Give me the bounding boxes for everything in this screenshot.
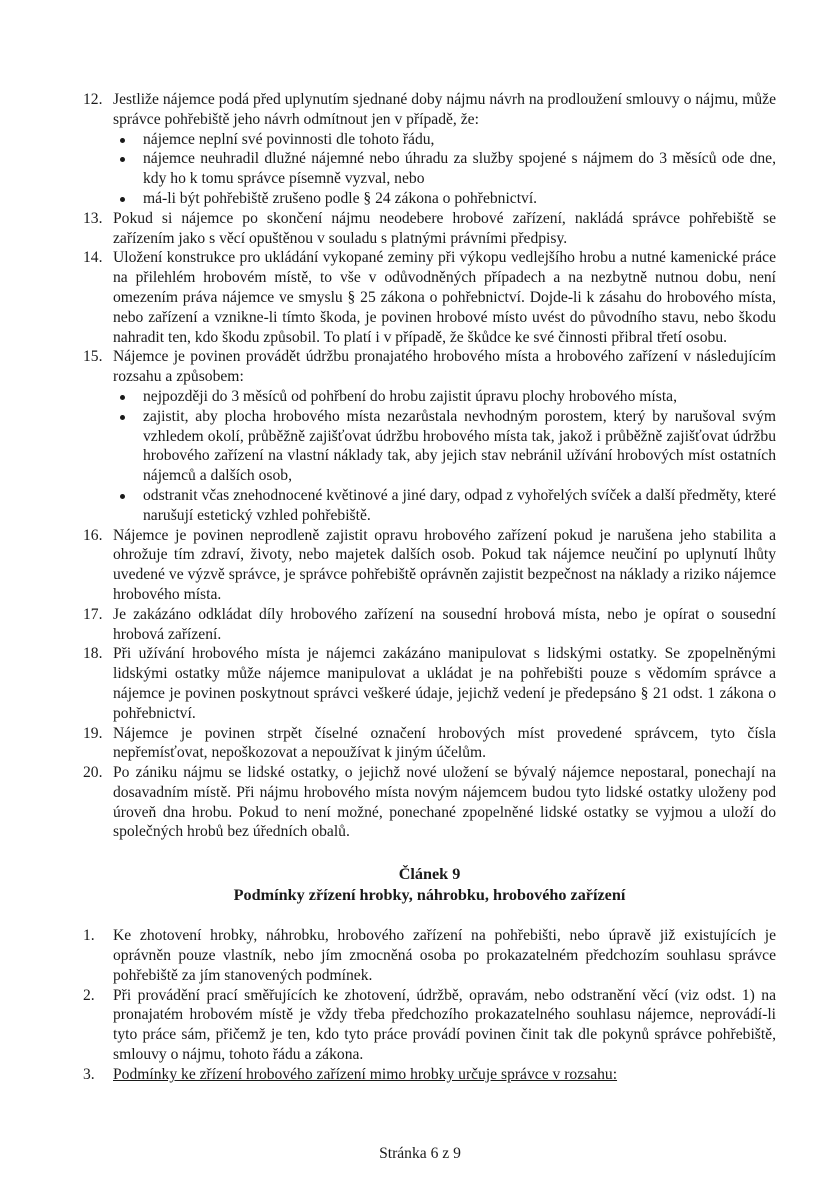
paragraph-number: 2.	[83, 986, 95, 1006]
paragraph-17: 17. Je zakázáno odkládat díly hrobového …	[83, 605, 776, 645]
paragraph-20: 20. Po zániku nájmu se lidské ostatky, o…	[83, 763, 776, 842]
bullet-item: má-li být pohřebiště zrušeno podle § 24 …	[113, 189, 776, 209]
paragraph-text: Nájemce je povinen provádět údržbu prona…	[113, 348, 776, 385]
document-page: 12. Jestliže nájemce podá před uplynutím…	[0, 0, 840, 1188]
paragraph-text: Pokud si nájemce po skončení nájmu neode…	[113, 210, 776, 247]
article9-paragraph-1: 1. Ke zhotovení hrobky, náhrobku, hrobov…	[83, 926, 776, 985]
paragraph-14: 14. Uložení konstrukce pro ukládání vyko…	[83, 248, 776, 347]
bullet-item: nejpozději do 3 měsíců od pohřbení do hr…	[113, 387, 776, 407]
paragraph-number: 20.	[83, 763, 103, 783]
paragraph-number: 3.	[83, 1065, 95, 1085]
paragraph-number: 1.	[83, 926, 95, 946]
paragraph-19: 19. Nájemce je povinen strpět číselné oz…	[83, 724, 776, 764]
paragraph-text-underlined: Podmínky ke zřízení hrobového zařízení m…	[113, 1066, 617, 1083]
paragraph-13: 13. Pokud si nájemce po skončení nájmu n…	[83, 209, 776, 249]
article9-paragraph-3: 3. Podmínky ke zřízení hrobového zařízen…	[83, 1065, 776, 1085]
paragraph-number: 15.	[83, 347, 103, 367]
paragraph-text: Ke zhotovení hrobky, náhrobku, hrobového…	[113, 927, 776, 984]
paragraph-text: Při provádění prací směřujících ke zhoto…	[113, 987, 776, 1063]
article-subtitle: Podmínky zřízení hrobky, náhrobku, hrobo…	[83, 885, 776, 906]
page-number-footer: Stránka 6 z 9	[0, 1145, 840, 1163]
document-body: 12. Jestliže nájemce podá před uplynutím…	[83, 90, 776, 1085]
paragraph-text: Je zakázáno odkládat díly hrobového zaří…	[113, 606, 776, 643]
bullet-item: nájemce neuhradil dlužné nájemné nebo úh…	[113, 149, 776, 189]
bullet-item: odstranit včas znehodnocené květinové a …	[113, 486, 776, 526]
paragraph-number: 18.	[83, 644, 103, 664]
bullet-item: zajistit, aby plocha hrobového místa nez…	[113, 407, 776, 486]
paragraph-number: 17.	[83, 605, 103, 625]
paragraph-18: 18. Při užívání hrobového místa je nájem…	[83, 644, 776, 723]
bullet-list: nejpozději do 3 měsíců od pohřbení do hr…	[113, 387, 776, 526]
paragraph-text: Při užívání hrobového místa je nájemci z…	[113, 645, 776, 721]
article9-paragraph-2: 2. Při provádění prací směřujících ke zh…	[83, 986, 776, 1065]
paragraph-text: Po zániku nájmu se lidské ostatky, o jej…	[113, 764, 776, 840]
paragraph-number: 19.	[83, 724, 103, 744]
paragraph-text: Uložení konstrukce pro ukládání vykopané…	[113, 249, 776, 345]
paragraph-text: Jestliže nájemce podá před uplynutím sje…	[113, 91, 776, 128]
paragraph-number: 12.	[83, 90, 103, 110]
paragraph-15: 15. Nájemce je povinen provádět údržbu p…	[83, 347, 776, 525]
bullet-item: nájemce neplní své povinnosti dle tohoto…	[113, 130, 776, 150]
paragraph-number: 14.	[83, 248, 103, 268]
article-heading-block: Článek 9 Podmínky zřízení hrobky, náhrob…	[83, 864, 776, 906]
paragraph-16: 16. Nájemce je povinen neprodleně zajist…	[83, 526, 776, 605]
paragraph-text: Nájemce je povinen strpět číselné označe…	[113, 725, 776, 762]
bullet-list: nájemce neplní své povinnosti dle tohoto…	[113, 130, 776, 209]
paragraph-text: Nájemce je povinen neprodleně zajistit o…	[113, 527, 776, 603]
paragraph-number: 16.	[83, 526, 103, 546]
paragraph-number: 13.	[83, 209, 103, 229]
paragraph-12: 12. Jestliže nájemce podá před uplynutím…	[83, 90, 776, 209]
article-title: Článek 9	[83, 864, 776, 885]
